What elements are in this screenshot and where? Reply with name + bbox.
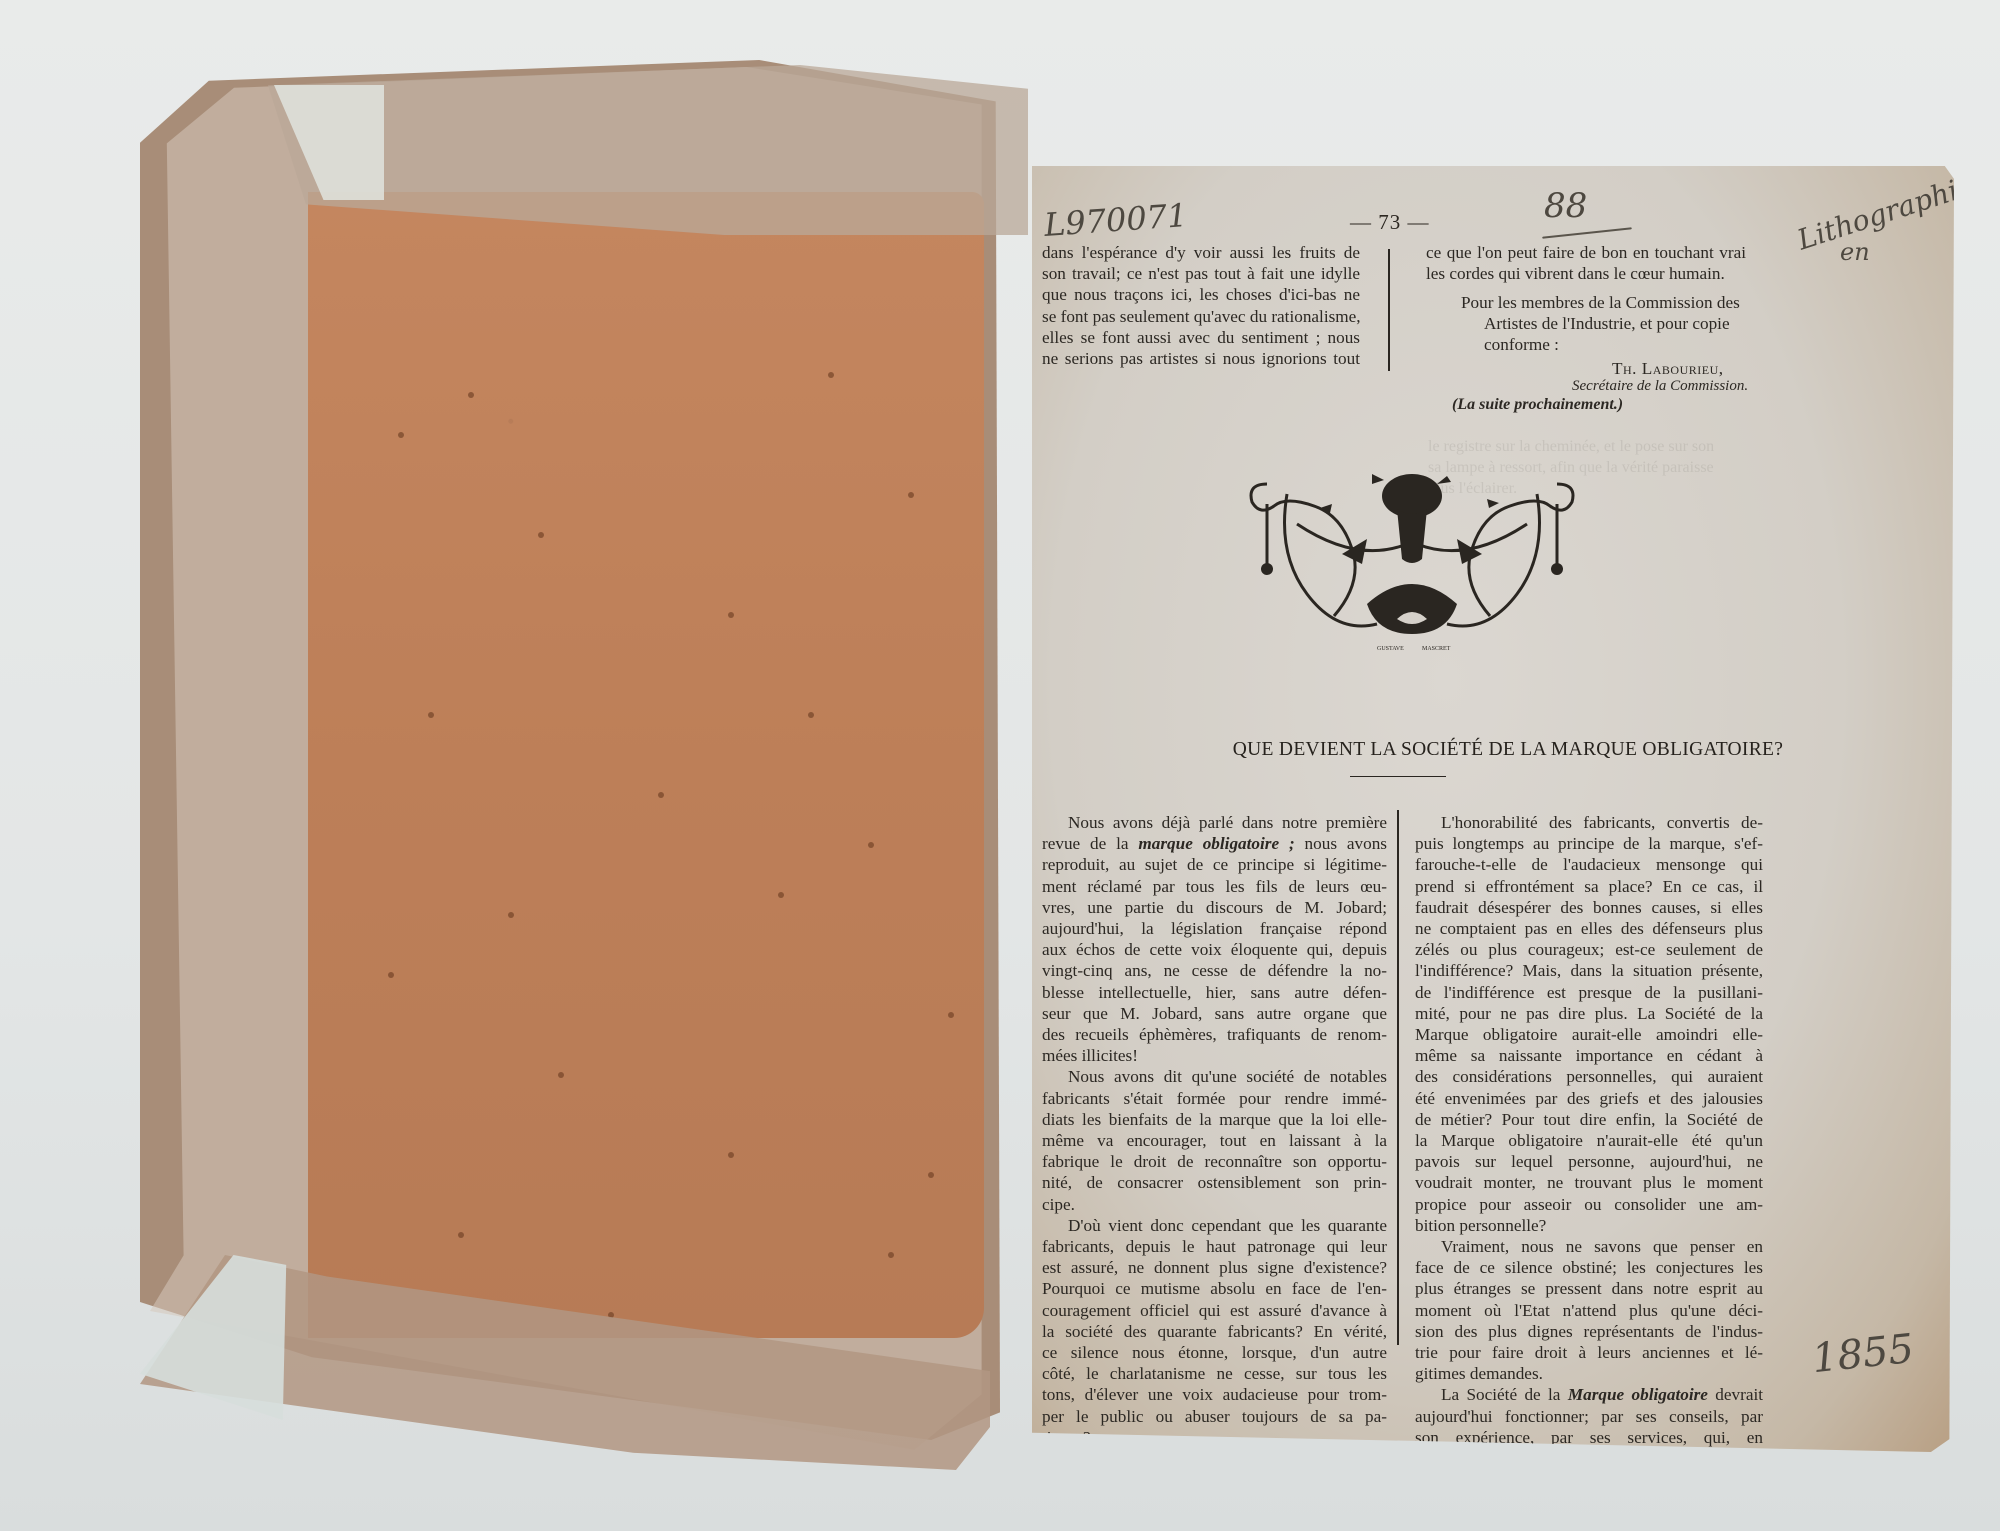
text-line: aujourd'hui fonctionner; par ses conseil… xyxy=(1415,1406,1763,1427)
kraft-cover-board xyxy=(308,192,984,1338)
text-line: vres, une partie du discours de M. Jobar… xyxy=(1042,897,1387,918)
text-line: diats les bienfaits de la marque que la … xyxy=(1042,1109,1387,1130)
paper-fleck xyxy=(808,712,814,718)
top-right-column: ce que l'on peut faire de bon en touchan… xyxy=(1426,242,1746,284)
paper-fleck xyxy=(388,972,394,978)
paper-fleck xyxy=(888,1252,894,1258)
text-line: aux échos de cette voix éloquente qui, d… xyxy=(1042,939,1387,960)
handwritten-subject-note: Lithographie xyxy=(1793,169,1977,257)
text-line: D'où vient donc cependant que les quaran… xyxy=(1042,1215,1387,1236)
handwritten-subject-note-2: en xyxy=(1840,238,1870,266)
text-line: fabricants, depuis le haut patronage qui… xyxy=(1042,1236,1387,1257)
printed-page: le registre sur la cheminée, et le pose … xyxy=(1032,166,1954,1452)
article-headline: QUE DEVIENT LA SOCIÉTÉ DE LA MARQUE OBLI… xyxy=(1032,739,1954,761)
paragraph: Vraiment, nous ne savons que penser enfa… xyxy=(1415,1236,1763,1384)
text-line: elles se font aussi avec du sentiment ; … xyxy=(1042,327,1360,348)
text-line: cipe. xyxy=(1042,1194,1387,1215)
text-line: farouche-t-elle de l'audacieux mensonge … xyxy=(1415,854,1763,875)
handwritten-folio: 88 xyxy=(1544,186,1587,226)
signature-line-2: Artistes de l'Industrie, et pour copie xyxy=(1484,313,1730,334)
vignette-credit-1: GUSTAVE xyxy=(1377,646,1404,652)
text-line: voudrait monter, ne trouvant plus le mom… xyxy=(1415,1172,1763,1193)
text-line: ce silence nous étonne, lorsque, d'un au… xyxy=(1042,1342,1387,1363)
text-line: dans l'espérance d'y voir aussi les frui… xyxy=(1042,242,1360,263)
paper-fleck xyxy=(728,1152,734,1158)
paper-fleck xyxy=(428,712,434,718)
text-line: même sa naissante importance en cédant à xyxy=(1415,1045,1763,1066)
text-line: Marque obligatoire aurait-elle amoindri … xyxy=(1415,1024,1763,1045)
vignette-credit-2: MASCRET xyxy=(1422,646,1451,652)
text-line: per le public ou abuser toujours de sa p… xyxy=(1042,1406,1387,1427)
text-line: reproduit, au sujet de ce principe si lé… xyxy=(1042,854,1387,875)
paper-fleck xyxy=(728,612,734,618)
text-line: son travail; ce n'est pas tout à fait un… xyxy=(1042,263,1360,284)
text-line: même va encourager, tout en laissant à l… xyxy=(1042,1130,1387,1151)
paragraph: Nous avons déjà parlé dans notre premièr… xyxy=(1042,812,1387,1066)
text-line: tience? xyxy=(1042,1427,1387,1448)
column-rule xyxy=(1397,810,1399,1345)
text-line: fabrique le droit de reconnaître son opp… xyxy=(1042,1151,1387,1172)
article-right-column: L'honorabilité des fabricants, convertis… xyxy=(1415,812,1763,1448)
headline-rule xyxy=(1350,776,1446,777)
text-line: des recueils éphèmères, trafiquants de r… xyxy=(1042,1024,1387,1045)
text-line: La Société de la Marque obligatoire devr… xyxy=(1415,1384,1763,1405)
text-line: gitimes demandes. xyxy=(1415,1363,1763,1384)
text-line: blesse intellectuelle, hier, sans autre … xyxy=(1042,982,1387,1003)
paper-fleck xyxy=(538,532,544,538)
paper-fleck xyxy=(928,1172,934,1178)
text-line: des considérations personnelles, qui aur… xyxy=(1415,1066,1763,1087)
text-line: tons, d'élever une voix audacieuse pour … xyxy=(1042,1384,1387,1405)
text-line: plus étranges se pressent dans notre esp… xyxy=(1415,1278,1763,1299)
top-left-column: dans l'espérance d'y voir aussi les frui… xyxy=(1042,242,1360,369)
continuation-note: (La suite prochainement.) xyxy=(1452,394,1623,415)
text-line: couragement officiel qui est assuré d'av… xyxy=(1042,1300,1387,1321)
paper-fleck xyxy=(458,1232,464,1238)
paper-fleck xyxy=(658,792,664,798)
paper-fleck xyxy=(398,432,404,438)
paper-fleck xyxy=(468,392,474,398)
text-line: les cordes qui vibrent dans le cœur huma… xyxy=(1426,263,1746,284)
text-line: face de ce silence obstiné; les conjectu… xyxy=(1415,1257,1763,1278)
text-line: moment où l'Etat n'attend plus qu'une dé… xyxy=(1415,1300,1763,1321)
emphasis: marque obligatoire ; xyxy=(1138,834,1294,853)
text-line: la société des quarante fabricants? En v… xyxy=(1042,1321,1387,1342)
paper-fleck xyxy=(908,492,914,498)
paper-fleck xyxy=(508,912,514,918)
text-line: trie pour faire droit à leurs anciennes … xyxy=(1415,1342,1763,1363)
signature-line-3: conforme : xyxy=(1484,334,1559,355)
text-line: se font pas seulement qu'avec du rationa… xyxy=(1042,306,1360,327)
article-left-column: Nous avons déjà parlé dans notre premièr… xyxy=(1042,812,1387,1448)
paragraph: D'où vient donc cependant que les quaran… xyxy=(1042,1215,1387,1448)
text-line: sion des plus dignes représentants de l'… xyxy=(1415,1321,1763,1342)
text-line: bition personnelle? xyxy=(1415,1215,1763,1236)
text-line: est assuré, ne donnent plus signe d'exis… xyxy=(1042,1257,1387,1278)
text-line: puis longtemps au principe de la marque,… xyxy=(1415,833,1763,854)
page-number: — 73 — xyxy=(1350,210,1430,235)
text-line: que nous traçons ici, les choses d'ici-b… xyxy=(1042,284,1360,305)
text-line: de métier? Pour tout dire enfin, la Soci… xyxy=(1415,1109,1763,1130)
text-line: l'indifférence? Mais, dans la situation … xyxy=(1415,960,1763,981)
ornamental-vignette-icon: GUSTAVE MASCRET xyxy=(1237,454,1587,654)
emphasis: Marque obligatoire xyxy=(1568,1385,1708,1404)
paper-fleck xyxy=(778,892,784,898)
text-line: côté, le charlatanisme ne cesse, sur tou… xyxy=(1042,1363,1387,1384)
text-line: revue de la marque obligatoire ; nous av… xyxy=(1042,833,1387,854)
paper-fleck xyxy=(828,372,834,378)
paragraph: L'honorabilité des fabricants, convertis… xyxy=(1415,812,1763,1236)
text-line: son expérience, par ses services, qui, e… xyxy=(1415,1427,1763,1448)
text-line: ne serions pas artistes si nous ignorion… xyxy=(1042,348,1360,369)
text-line: seur que M. Jobard, sans autre organe qu… xyxy=(1042,1003,1387,1024)
text-line: vingt-cinq ans, ne cesse de défendre la … xyxy=(1042,960,1387,981)
paper-fleck xyxy=(948,1012,954,1018)
handwritten-reference-number: L970071 xyxy=(1043,196,1189,244)
text-line: L'honorabilité des fabricants, convertis… xyxy=(1415,812,1763,833)
text-line: mité, pour ne pas dire plus. La Société … xyxy=(1415,1003,1763,1024)
text-line: Vraiment, nous ne savons que penser en xyxy=(1415,1236,1763,1257)
text-line: mées illicites! xyxy=(1042,1045,1387,1066)
text-line: ne comptaient pas en elles des défenseur… xyxy=(1415,918,1763,939)
paragraph: Nous avons dit qu'une société de notable… xyxy=(1042,1066,1387,1214)
text-line: Pourquoi ce mutisme absolu en face de l'… xyxy=(1042,1278,1387,1299)
text-line: propice pour asseoir ou consolider une a… xyxy=(1415,1194,1763,1215)
column-rule xyxy=(1388,249,1390,371)
text-line: la Marque obligatoire n'aurait-elle été … xyxy=(1415,1130,1763,1151)
text-line: de l'indifférence est presque de la pusi… xyxy=(1415,982,1763,1003)
text-line: faudrait désespérer des bonnes causes, s… xyxy=(1415,897,1763,918)
text-line: nité, de consacrer ostensiblement son pr… xyxy=(1042,1172,1387,1193)
text-line: été envenimées par des griefs et des jal… xyxy=(1415,1088,1763,1109)
text-line: Nous avons déjà parlé dans notre premièr… xyxy=(1042,812,1387,833)
folio-underline xyxy=(1542,227,1632,238)
text-line: aujourd'hui, la législation française ré… xyxy=(1042,918,1387,939)
text-line: fabricants s'était formée pour rendre im… xyxy=(1042,1088,1387,1109)
text-line: prend si effrontément sa place? En ce ca… xyxy=(1415,876,1763,897)
text-line: ce que l'on peut faire de bon en touchan… xyxy=(1426,242,1746,263)
text-line: ment réclamé par tous les fils de leurs … xyxy=(1042,876,1387,897)
paper-fleck xyxy=(868,842,874,848)
text-line: zélés ou plus courageux; est-ce seulemen… xyxy=(1415,939,1763,960)
paper-fleck xyxy=(558,1072,564,1078)
paragraph: La Société de la Marque obligatoire devr… xyxy=(1415,1384,1763,1448)
handwritten-year: 1855 xyxy=(1810,1326,1916,1382)
text-line: Nous avons dit qu'une société de notable… xyxy=(1042,1066,1387,1087)
text-line: pavois sur lequel personne, aujourd'hui,… xyxy=(1415,1151,1763,1172)
signature-line-1: Pour les membres de la Commission des xyxy=(1461,292,1740,313)
